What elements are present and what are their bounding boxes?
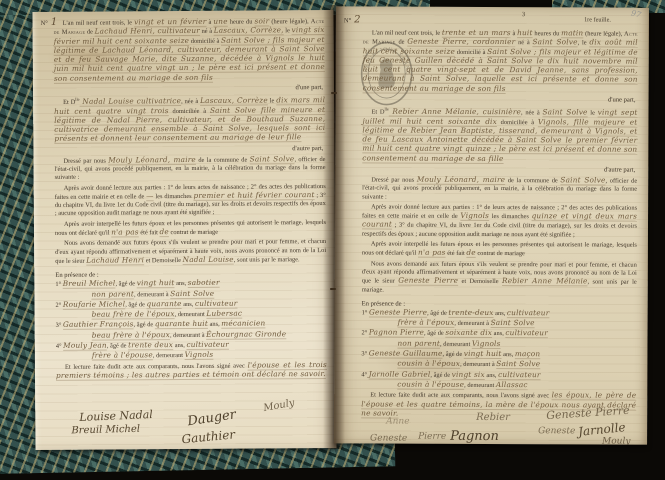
- handwritten-entry: non parent: [91, 289, 134, 298]
- printed-form-text: , née à: [181, 98, 200, 105]
- printed-form-text: domicilié à: [455, 48, 487, 55]
- printed-form-text: (heure légale),: [583, 30, 624, 37]
- printed-form-text: , âgé de: [134, 322, 155, 329]
- printed-form-text: , le: [578, 40, 590, 47]
- handwritten-entry: vingt huit: [137, 278, 175, 287]
- signature: Louise Nadal: [79, 408, 153, 424]
- printed-form-text: , demeurant: [175, 311, 207, 318]
- printed-form-text: et Demoiselle: [144, 257, 183, 264]
- paragraph-bride: Et Dlle Nadal Louise cultivatrice, née à…: [54, 94, 325, 145]
- printed-form-text: domiciliée à: [169, 107, 210, 114]
- handwritten-entry: huit: [517, 28, 533, 37]
- act-body: L'an mil neuf cent trois, le trente et u…: [361, 28, 638, 421]
- register-page-right: N°2 3 1re feuille. 97 RÉPUBLIQUE FRANÇAI…: [334, 6, 649, 444]
- handwritten-entry: quarante: [146, 299, 181, 308]
- signature: Mouly: [262, 398, 295, 415]
- handwritten-entry: cultivateur: [507, 308, 550, 317]
- handwritten-entry: Roufarie Michel: [63, 299, 125, 308]
- handwritten-entry: frère à l'époux: [398, 318, 455, 327]
- handwritten-entry: Pagnon Pierre: [369, 328, 424, 337]
- handwritten-entry: Rebier Anne Mélanie, cuisinière: [389, 107, 521, 117]
- signature: Anne: [386, 417, 409, 427]
- printed-form-text: , demeurant: [464, 382, 496, 389]
- handwritten-entry: —: [146, 191, 154, 200]
- handwritten-entry: Saint Solve: [560, 175, 605, 184]
- witness-2-line-2: beau frère de l'époux, demeurant Lubersa…: [92, 309, 327, 320]
- printed-form-text: contrat de mariage: [476, 250, 525, 257]
- sheet-corner-label: 1re feuille.: [584, 16, 611, 23]
- printed-form-text: contrat de mariage: [169, 229, 218, 236]
- printed-form-text: , demeurant à: [454, 320, 490, 327]
- printed-form-text: de: [396, 39, 408, 46]
- paragraph-interpelle: Après avoir interpellé les futurs époux …: [362, 240, 637, 259]
- printed-form-text: heures du: [533, 30, 562, 37]
- signature: Geneste: [538, 426, 575, 436]
- printed-form-text: Dressé par nous: [371, 176, 417, 183]
- printed-form-text: les dimanches: [154, 193, 194, 200]
- une-part-line: d'une part,: [363, 96, 636, 104]
- printed-form-text: , née à: [521, 109, 542, 116]
- signature: Gauthier: [181, 427, 236, 446]
- handwritten-entry: Saint Solve: [532, 37, 577, 46]
- handwritten-entry: Mouly Léonard, maire: [108, 155, 196, 165]
- handwritten-entry: Saint Solve: [491, 318, 535, 327]
- act-number: N°2: [344, 14, 361, 25]
- printed-form-text: ans,: [485, 372, 498, 379]
- printed-form-text: Dressé par nous: [63, 157, 108, 164]
- printed-form-text: ans,: [494, 310, 507, 317]
- handwritten-entry: Geneste Pierre: [398, 276, 458, 285]
- signature: Rebier: [476, 412, 510, 423]
- act-number-label: N°: [344, 17, 351, 24]
- handwritten-entry: Jarnolle Gabriel: [369, 369, 431, 378]
- printed-form-text: , demeurant à: [134, 291, 170, 298]
- printed-form-text: , demeurant à: [460, 361, 496, 368]
- printed-form-text: , âgé de: [115, 281, 136, 288]
- handwritten-entry: cultivateur: [186, 340, 229, 349]
- handwritten-entry: quarante huit: [155, 319, 208, 328]
- autre-part-line: d'autre part,: [362, 165, 635, 173]
- pencil-annotation: 97: [630, 9, 642, 20]
- printed-form-text: heure du: [228, 19, 255, 26]
- handwritten-entry: beau frère à l'époux: [92, 330, 170, 340]
- printed-form-text: (heure légale),: [269, 18, 311, 25]
- signature: Breuil Michel: [71, 424, 140, 437]
- handwritten-entry: Lubersac: [206, 309, 242, 318]
- handwritten-entry: cousin à l'époux: [397, 359, 460, 368]
- handwritten-entry: Geneste Guillaume: [369, 348, 443, 357]
- handwritten-entry: Geneste Pierre, cordonnier: [407, 37, 515, 46]
- printed-form-text: été fait: [446, 250, 467, 257]
- handwritten-entry: sabotier: [188, 278, 220, 287]
- handwritten-entry: Rebier Anne Mélanie: [502, 276, 588, 285]
- handwritten-entry: premier et huit février courant: [193, 190, 314, 200]
- printed-form-text: ; 3° du chapitre VI, du livre 1er du Cod…: [362, 222, 637, 238]
- printed-form-text: ans,: [182, 301, 195, 308]
- printed-form-text: , âgé de: [107, 342, 128, 349]
- signature: Geneste: [370, 433, 407, 443]
- handwritten-entry: Échourgnac Gironde: [206, 329, 286, 339]
- handwritten-entry: Lachaud Henri: [86, 255, 144, 264]
- printed-form-text: ans,: [492, 330, 505, 337]
- printed-form-text: et Demoiselle: [458, 278, 502, 285]
- handwritten-entry: Mouly Jean: [63, 341, 107, 350]
- paragraph-bride: Et Dlle Rebier Anne Mélanie, cuisinière,…: [362, 106, 637, 165]
- une-part-line: d'une part,: [54, 84, 323, 93]
- printed-form-text: , demeurant à: [170, 332, 206, 339]
- printed-form-text: , âgé de: [430, 371, 451, 378]
- handwritten-entry: mécanicien: [221, 319, 265, 328]
- handwritten-entry: Saint Solve: [496, 359, 540, 368]
- paragraph-dresse: Dressé par nous Mouly Léonard, maire de …: [362, 175, 637, 202]
- printed-form-text: , âgé de: [424, 330, 445, 337]
- printed-form-text: , demeurant: [153, 352, 185, 359]
- handwritten-entry: Gauthier François: [63, 320, 134, 329]
- handwritten-entry: vingt six: [452, 369, 485, 378]
- handwritten-entry: Nadal Louise: [183, 255, 234, 264]
- handwritten-entry: vingt et un février: [134, 17, 206, 27]
- handwritten-entry: matin: [561, 28, 583, 37]
- handwritten-entry: Vignols: [185, 350, 214, 359]
- handwritten-entry: Geneste Pierre: [369, 307, 427, 316]
- handwritten-entry: Lachaud Henri, cultivateur: [95, 26, 200, 36]
- signature: Dauger: [186, 407, 236, 429]
- witness-2-line-1: 2° Roufarie Michel, âgé de quarante ans,…: [55, 299, 326, 310]
- printed-form-text: le: [268, 98, 276, 105]
- printed-form-text: domicilié à: [189, 37, 221, 44]
- handwritten-entry: Lascaux, Corrèze: [200, 96, 268, 105]
- handwritten-entry: Mouly Léonard, maire: [417, 175, 505, 184]
- handwritten-entry: beau frère de l'époux: [92, 309, 175, 319]
- handwritten-entry: non parent: [397, 338, 440, 347]
- paragraph-lecture: Après avoir donné lecture aux parties : …: [362, 203, 637, 239]
- printed-form-text: de la commune de: [196, 156, 250, 163]
- register-page-left: N°1 L'an mil neuf cent trois, le vingt e…: [32, 10, 336, 450]
- handwritten-entry: de: [466, 248, 475, 257]
- printed-form-text: ans,: [174, 280, 187, 287]
- handwritten-entry: frère à l'épouse: [92, 351, 153, 360]
- printed-form-text: Et D: [63, 99, 75, 106]
- handwritten-entry: Allassac: [496, 380, 528, 389]
- handwritten-entry: une: [213, 17, 227, 26]
- signature: Mouly: [602, 436, 630, 444]
- printed-form-text: L'an mil neuf cent trois, le: [372, 29, 442, 36]
- sheet-number: 3: [522, 11, 525, 18]
- signature: Pierre: [418, 432, 446, 442]
- printed-form-text: été fait: [139, 229, 160, 236]
- handwritten-entry: Saint Solve: [170, 288, 214, 297]
- printed-form-text: , âgé de: [442, 351, 463, 358]
- handwritten-entry: Vignols: [472, 339, 501, 348]
- paragraph-closing: Et lecture faite dudit acte aux comparan…: [56, 361, 327, 381]
- handwritten-entry: soixante dix: [445, 328, 492, 337]
- act-number-label: N°: [41, 20, 48, 27]
- handwritten-entry: cousin à l'épouse: [397, 380, 464, 389]
- autre-part-line: d'autre part,: [54, 145, 323, 154]
- paragraph-demande: Nous avons demandé aux futurs époux s'il…: [55, 238, 326, 266]
- printed-form-text: domiciliée à: [497, 119, 538, 126]
- witness-3-line-2: cousin à l'époux, demeurant à Saint Solv…: [397, 360, 636, 370]
- handwritten-entry: trente et un mars: [442, 28, 511, 37]
- paragraph-opening: L'an mil neuf cent trois, le vingt et un…: [54, 17, 325, 84]
- handwritten-entry: Saint Solve: [250, 154, 295, 163]
- printed-form-text: , demeurant: [440, 341, 472, 348]
- handwritten-entry: Vignols: [460, 211, 489, 220]
- handwritten-entry: Nadal Louise cultivatrice: [80, 96, 182, 106]
- binding-stitch: [331, 92, 337, 94]
- witness-4-line-2: cousin à l'épouse, demeurant Allassac: [397, 381, 636, 391]
- printed-form-text: ans,: [208, 321, 221, 328]
- handwritten-entry: Breuil Michel: [63, 279, 116, 288]
- printed-form-text: de la commune de: [505, 177, 560, 184]
- handwritten-entry: soir: [254, 16, 269, 25]
- printed-form-text: ans,: [502, 351, 515, 358]
- signature: Pagnon: [450, 429, 499, 444]
- printed-form-text: né à: [515, 39, 532, 46]
- paragraph-lecture: Après avoir donné lecture aux parties : …: [55, 183, 326, 219]
- paragraph-opening: L'an mil neuf cent trois, le trente et u…: [363, 28, 638, 94]
- handwritten-entry: Lascaux, Corrèze,: [214, 26, 284, 35]
- handwritten-entry: vingt huit: [464, 349, 502, 358]
- handwritten-entry: maçon: [515, 349, 540, 358]
- paragraph-interpelle: Après avoir interpellé les futurs époux …: [55, 219, 326, 238]
- handwritten-entry: cultivateur: [498, 370, 541, 379]
- printed-form-text: le: [588, 110, 598, 117]
- binding-stitch: [330, 288, 336, 290]
- handwritten-entry: Saint Solve: [542, 107, 587, 116]
- handwritten-entry: cultivateur: [505, 328, 548, 337]
- witness-1-line-2: frère à l'époux, demeurant à Saint Solve: [398, 319, 637, 329]
- handwritten-entry: cultivateur: [195, 298, 238, 307]
- printed-form-text: de: [85, 29, 94, 36]
- act-body: L'an mil neuf cent trois, le vingt et un…: [54, 17, 328, 383]
- printed-form-text: à: [206, 19, 213, 26]
- handwritten-entry: n'a pas: [111, 227, 139, 236]
- act-number-value: 2: [354, 14, 360, 25]
- printed-form-text: les dimanches: [489, 213, 531, 220]
- printed-form-text: le: [284, 28, 292, 35]
- handwritten-entry: n'a pas: [418, 248, 446, 257]
- handwritten-entry: trente deux: [128, 340, 173, 349]
- printed-form-text: ans,: [173, 342, 186, 349]
- printed-form-text: , sont unis par le mariage.: [234, 256, 300, 263]
- paragraph-dresse: Dressé par nous Mouly Léonard, maire de …: [54, 155, 325, 183]
- printed-form-text: né à: [200, 28, 214, 35]
- printed-form-text: Et D: [371, 109, 384, 116]
- printed-form-text: , âgé de: [125, 301, 146, 308]
- paragraph-demande: Nous avons demandé aux futurs époux s'il…: [362, 260, 637, 295]
- handwritten-entry: trente-deux: [448, 308, 493, 317]
- handwritten-entry: de: [159, 227, 168, 236]
- printed-form-text: , âgé de: [427, 310, 448, 317]
